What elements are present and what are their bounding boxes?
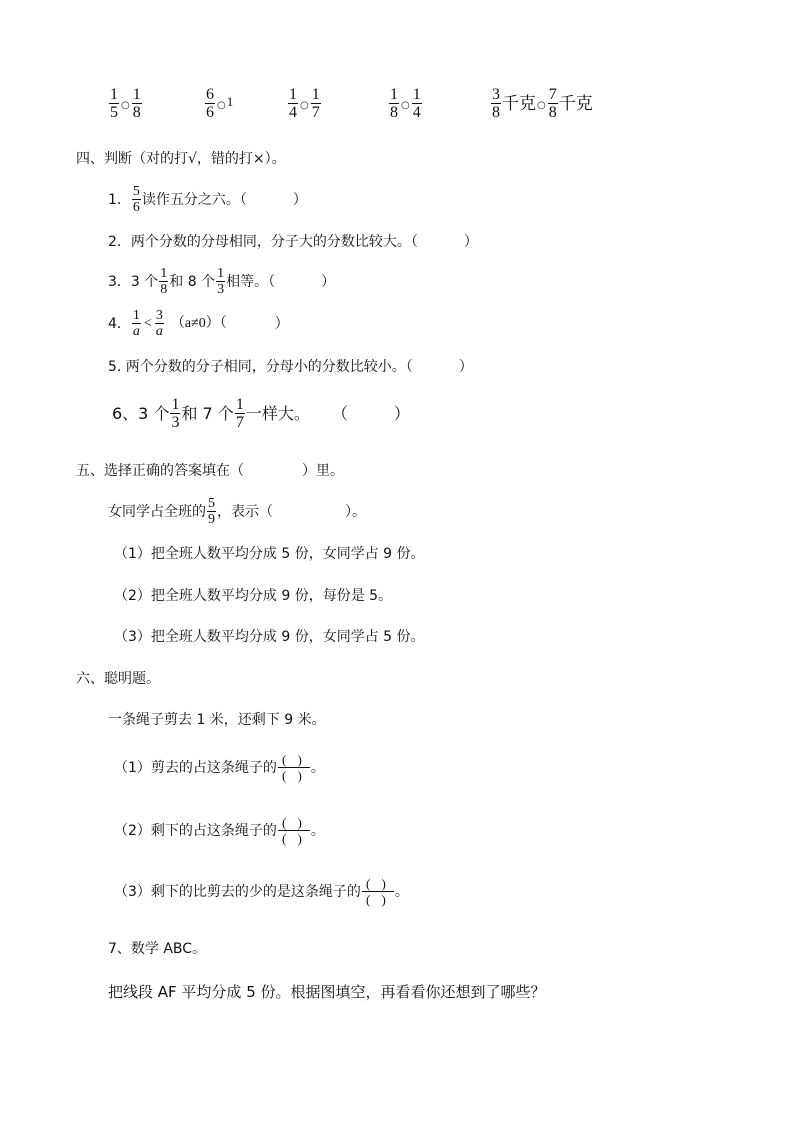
blank-fraction[interactable]: ( )( ) — [362, 876, 394, 907]
section-6-title: 六、聪明题。 — [76, 670, 160, 688]
fraction: 13 — [170, 396, 180, 431]
fraction: 17 — [311, 86, 321, 121]
compare-blank[interactable]: ○ — [121, 97, 130, 115]
fraction: 18 — [132, 86, 142, 121]
fraction: 17 — [235, 396, 245, 431]
compare-item-4: 18 ○ 14 — [388, 86, 423, 121]
compare-item-1: 15 ○ 18 — [108, 86, 143, 121]
fraction: 15 — [109, 86, 119, 121]
compare-blank[interactable]: ○ — [401, 97, 410, 115]
compare-item-3: 14 ○ 17 — [287, 86, 322, 121]
section-7-text: 把线段 AF 平均分成 5 份。根据图填空，再看看你还想到了哪些？ — [108, 983, 546, 1001]
fraction: 13 — [216, 266, 225, 297]
unit-label: 千克 — [502, 95, 536, 113]
fraction: 38 — [491, 86, 501, 121]
section-4-title: 四、判断（对的打√，错的打×）。 — [76, 150, 286, 168]
fraction: 1a — [132, 308, 141, 339]
judge-question-2: 2．两个分数的分母相同，分子大的分数比较大。（ ） — [108, 233, 478, 251]
unit-label: 千克 — [559, 95, 593, 113]
judge-question-5: 5. 两个分数的分子相同，分母小的分数比较小。（ ） — [108, 358, 473, 376]
compare-blank[interactable]: ○ — [217, 97, 226, 115]
compare-item-5: 38 千克 ○ 78 千克 — [490, 86, 593, 121]
choice-option-1[interactable]: （1）把全班人数平均分成 5 份，女同学占 9 份。 — [114, 545, 425, 563]
fraction: 66 — [205, 86, 215, 121]
section-7-title: 7、数学 ABC。 — [108, 940, 206, 958]
fill-question-1: （1）剪去的占这条绳子的 ( )( ) 。 — [114, 752, 325, 783]
judge-question-6: 6、3 个 13 和 7 个 17 一样大。 （ ） — [112, 396, 410, 431]
section-5-title: 五、选择正确的答案填在（ ）里。 — [76, 462, 344, 480]
fraction: 78 — [548, 86, 558, 121]
blank-fraction[interactable]: ( )( ) — [278, 815, 310, 846]
fraction: 59 — [207, 496, 216, 527]
fill-question-2: （2）剩下的占这条绳子的 ( )( ) 。 — [114, 815, 325, 846]
fill-question-3: （3）剩下的比剪去的少的是这条绳子的 ( )( ) 。 — [114, 876, 409, 907]
fraction: 14 — [288, 86, 298, 121]
choice-stem: 女同学占全班的 59 ，表示（ ）。 — [108, 496, 366, 527]
problem-stem: 一条绳子剪去 1 米，还剩下 9 米。 — [108, 711, 326, 729]
judge-question-1: 1． 56 读作五分之六。（ ） — [108, 184, 307, 215]
fraction: 14 — [412, 86, 422, 121]
fraction: 3a — [155, 308, 164, 339]
judge-question-4: 4． 1a < 3a （a≠0）（ ） — [108, 308, 289, 339]
compare-blank[interactable]: ○ — [537, 97, 546, 115]
compare-item-2: 66 ○ 1 — [204, 86, 233, 121]
blank-fraction[interactable]: ( )( ) — [278, 752, 310, 783]
fraction: 18 — [389, 86, 399, 121]
whole-number: 1 — [227, 93, 234, 111]
fraction: 18 — [159, 266, 168, 297]
choice-option-3[interactable]: （3）把全班人数平均分成 9 份，女同学占 5 份。 — [114, 628, 425, 646]
compare-blank[interactable]: ○ — [300, 97, 309, 115]
fraction: 56 — [132, 184, 141, 215]
judge-question-3: 3．3 个 18 和 8 个 13 相等。（ ） — [108, 266, 335, 297]
choice-option-2[interactable]: （2）把全班人数平均分成 9 份，每份是 5。 — [114, 587, 392, 605]
